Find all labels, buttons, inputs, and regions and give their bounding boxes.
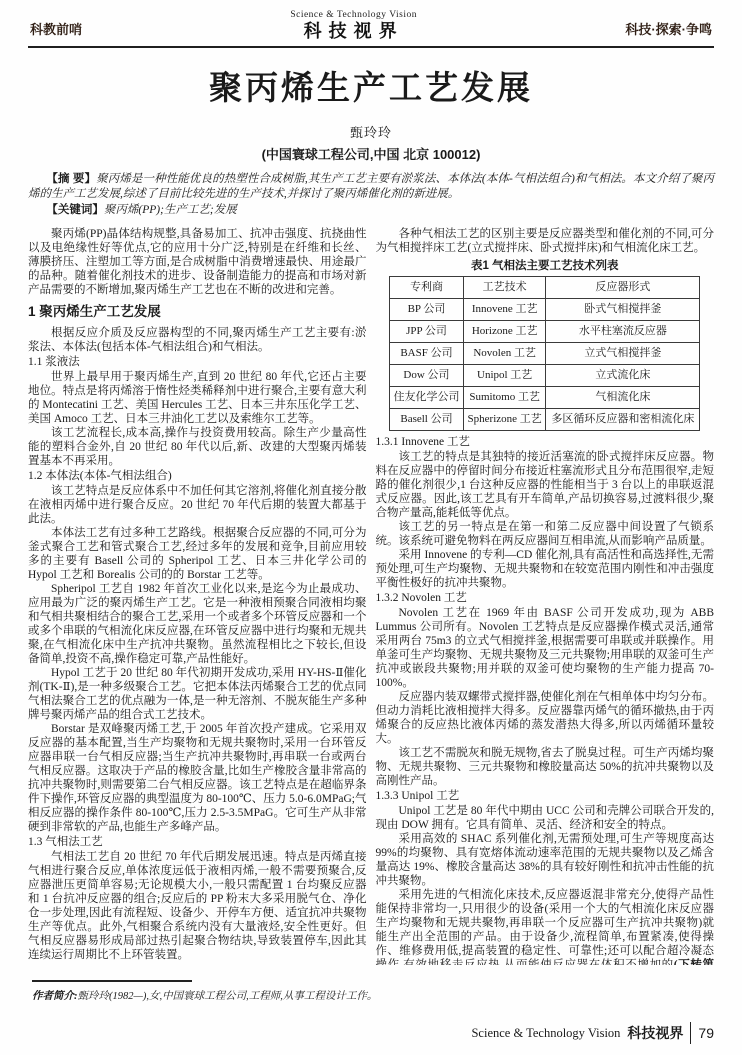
- body-columns: 聚丙烯(PP)晶体结构规整,具备易加工、抗冲击强度、抗挠曲性以及电绝缘性好等优点…: [28, 227, 714, 965]
- table-cell: BASF 公司: [390, 343, 464, 365]
- paragraph: 该工艺流程长,成本高,操作与投资费用较高。除生产少量高性能的塑料合金外,自 20…: [28, 426, 367, 468]
- table-cell: Basell 公司: [390, 409, 464, 431]
- paragraph: 该工艺不需脱灰和脱无规物,省去了脱臭过程。可生产丙烯均聚物、无规共聚物、三元共聚…: [376, 746, 715, 788]
- table-cell: 住友化学公司: [390, 387, 464, 409]
- section-heading-1-2: 1.2 本体法(本体-气相法组合): [28, 469, 367, 483]
- section-heading-1: 1 聚丙烯生产工艺发展: [28, 305, 367, 319]
- paragraph: 世界上最早用于聚丙烯生产,直到 20 世纪 80 年代,它还占主要地位。特点是将…: [28, 370, 367, 426]
- paragraph: 反应器内装双螺带式搅拌器,使催化剂在气相单体中均匀分布。但动力消耗比液相搅拌大得…: [376, 690, 715, 746]
- table-cell: 水平柱塞流反应器: [546, 321, 700, 343]
- table-cell: 立式流化床: [546, 365, 700, 387]
- journal-name-en: Science & Technology Vision: [290, 10, 417, 21]
- page-number: 79: [698, 1025, 714, 1041]
- table-cell: Horizone 工艺: [463, 321, 545, 343]
- table-header-cell: 反应器形式: [546, 277, 700, 299]
- paragraph: 采用高效的 SHAC 系列催化剂,无需预处理,可生产等规度高达 99%的均聚物、…: [376, 832, 715, 888]
- section-heading-1-3-3: 1.3.3 Unipol 工艺: [376, 789, 715, 803]
- table-header-cell: 专利商: [390, 277, 464, 299]
- table-cell: Sumitomo 工艺: [463, 387, 545, 409]
- paragraph: 本体法工艺有过多种工艺路线。根据聚合反应器的不同,可分为釜式聚合工艺和管式聚合工…: [28, 526, 367, 582]
- abstract-label: 【摘 要】: [46, 173, 96, 185]
- abstract-block: 【摘 要】聚丙烯是一种性能优良的热塑性合成树脂,其生产工艺主要有淤浆法、本体法(…: [28, 172, 714, 219]
- right-column: 各种气相法工艺的区别主要是反应器类型和催化剂的不同,可分为气相搅拌床工艺(立式搅…: [376, 227, 715, 965]
- table-cell: 卧式气相搅拌釜: [546, 299, 700, 321]
- table-row: BASF 公司 Novolen 工艺 立式气相搅拌釜: [390, 343, 700, 365]
- paragraph: 各种气相法工艺的区别主要是反应器类型和催化剂的不同,可分为气相搅拌床工艺(立式搅…: [376, 227, 715, 255]
- paragraph: Unipol 工艺是 80 年代中期由 UCC 公司和壳牌公司联合开发的,现由 …: [376, 804, 715, 832]
- table-cell: BP 公司: [390, 299, 464, 321]
- paragraph: 该工艺特点是反应体系中不加任何其它溶剂,将催化剂直接分散在液相丙烯中进行聚合反应…: [28, 484, 367, 526]
- section-heading-1-3: 1.3 气相法工艺: [28, 835, 367, 849]
- footer-divider: [690, 1022, 691, 1044]
- paragraph-with-continuation: 采用先进的气相流化床技术,反应器返混非常充分,使得产品性能保持非常均一,只用很少…: [376, 888, 715, 965]
- paragraph: 该工艺的另一特点是在第一和第二反应器中间设置了气锁系统。该系统可避免物料在两反应…: [376, 520, 715, 548]
- table-header-row: 专利商 工艺技术 反应器形式: [390, 277, 700, 299]
- table-cell: Spherizone 工艺: [463, 409, 545, 431]
- journal-masthead: Science & Technology Vision 科技视界: [290, 10, 417, 42]
- table-cell: Unipol 工艺: [463, 365, 545, 387]
- paragraph: 聚丙烯(PP)晶体结构规整,具备易加工、抗冲击强度、抗挠曲性以及电绝缘性好等优点…: [28, 227, 367, 297]
- author-bio-text: 甄玲玲(1982—),女,中国寰球工程公司,工程师,从事工程设计工作。: [78, 991, 378, 1002]
- footnote-area: 作者简介:甄玲玲(1982—),女,中国寰球工程公司,工程师,从事工程设计工作。: [32, 980, 714, 1003]
- footnote-rule: [32, 980, 192, 982]
- paragraph: 气相法工艺自 20 世纪 70 年代后期发展迅速。特点是丙烯直接气相进行聚合反应…: [28, 850, 367, 962]
- page-footer: Science & Technology Vision 科技视界 79: [471, 1022, 714, 1044]
- paragraph: Hypol 工艺于 20 世纪 80 年代初期开发成功,采用 HY-HS-Ⅱ催化…: [28, 666, 367, 722]
- table-cell: JPP 公司: [390, 321, 464, 343]
- author-bio-label: 作者简介:: [32, 991, 78, 1002]
- header-right-badge: 科技·探索·争鸣: [625, 19, 712, 42]
- abstract-line: 【摘 要】聚丙烯是一种性能优良的热塑性合成树脂,其生产工艺主要有淤浆法、本体法(…: [28, 172, 714, 203]
- table-row: JPP 公司 Horizone 工艺 水平柱塞流反应器: [390, 321, 700, 343]
- abstract-text: 聚丙烯是一种性能优良的热塑性合成树脂,其生产工艺主要有淤浆法、本体法(本体-气相…: [28, 173, 714, 201]
- paragraph: 采用 Innovene 的专利—CD 催化剂,具有高活性和高选择性,无需预处理,…: [376, 548, 715, 590]
- table-cell: 多区循环反应器和密相流化床: [546, 409, 700, 431]
- article-title: 聚丙烯生产工艺发展: [28, 62, 714, 109]
- process-table: 专利商 工艺技术 反应器形式 BP 公司 Innovene 工艺 卧式气相搅拌釜…: [389, 276, 700, 431]
- author-bio: 作者简介:甄玲玲(1982—),女,中国寰球工程公司,工程师,从事工程设计工作。: [32, 988, 714, 1003]
- table-header-cell: 工艺技术: [463, 277, 545, 299]
- paragraph: Borstar 是双峰聚丙烯工艺,于 2005 年首次投产建成。它采用双反应器的…: [28, 722, 367, 834]
- table-cell: 气相流化床: [546, 387, 700, 409]
- footer-journal-en: Science & Technology Vision: [471, 1026, 620, 1041]
- section-heading-1-1: 1.1 浆液法: [28, 355, 367, 369]
- paragraph: Novolen 工艺在 1969 年由 BASF 公司开发成功,现为 ABB L…: [376, 606, 715, 690]
- author-name: 甄玲玲: [28, 122, 714, 141]
- table-cell: Dow 公司: [390, 365, 464, 387]
- table-row: 住友化学公司 Sumitomo 工艺 气相流化床: [390, 387, 700, 409]
- journal-name-cn: 科技视界: [290, 21, 417, 42]
- section-heading-1-3-1: 1.3.1 Innovene 工艺: [376, 435, 715, 449]
- paper-page: 科教前哨 Science & Technology Vision 科技视界 科技…: [0, 0, 742, 1055]
- section-heading-1-3-2: 1.3.2 Novolen 工艺: [376, 591, 715, 605]
- keywords-line: 【关键词】聚丙烯(PP);生产工艺;发展: [28, 203, 714, 219]
- table-caption: 表1 气相法主要工艺技术列表: [376, 259, 715, 273]
- table-cell: 立式气相搅拌釜: [546, 343, 700, 365]
- paragraph: 根据反应介质及反应器构型的不同,聚丙烯生产工艺主要有:淤浆法、本体法(包括本体-…: [28, 326, 367, 354]
- table-row: Dow 公司 Unipol 工艺 立式流化床: [390, 365, 700, 387]
- author-affiliation: (中国寰球工程公司,中国 北京 100012): [28, 144, 714, 163]
- footer-journal-cn: 科技视界: [627, 1023, 683, 1043]
- table-cell: Novolen 工艺: [463, 343, 545, 365]
- paragraph: Spheripol 工艺自 1982 年首次工业化以来,是迄今为止最成功、应用最…: [28, 582, 367, 666]
- journal-header: 科教前哨 Science & Technology Vision 科技视界 科技…: [28, 0, 714, 48]
- left-column: 聚丙烯(PP)晶体结构规整,具备易加工、抗冲击强度、抗挠曲性以及电绝缘性好等优点…: [28, 227, 367, 965]
- paragraph-text: 采用先进的气相流化床技术,反应器返混非常充分,使得产品性能保持非常均一,只用很少…: [376, 889, 715, 965]
- table-row: Basell 公司 Spherizone 工艺 多区循环反应器和密相流化床: [390, 409, 700, 431]
- table-row: BP 公司 Innovene 工艺 卧式气相搅拌釜: [390, 299, 700, 321]
- paragraph: 该工艺的特点是其独特的接近活塞流的卧式搅拌床反应器。物料在反应器中的停留时间分布…: [376, 450, 715, 520]
- header-left-badge: 科教前哨: [30, 19, 82, 42]
- keywords-label: 【关键词】: [46, 204, 104, 216]
- table-cell: Innovene 工艺: [463, 299, 545, 321]
- keywords-text: 聚丙烯(PP);生产工艺;发展: [104, 204, 237, 216]
